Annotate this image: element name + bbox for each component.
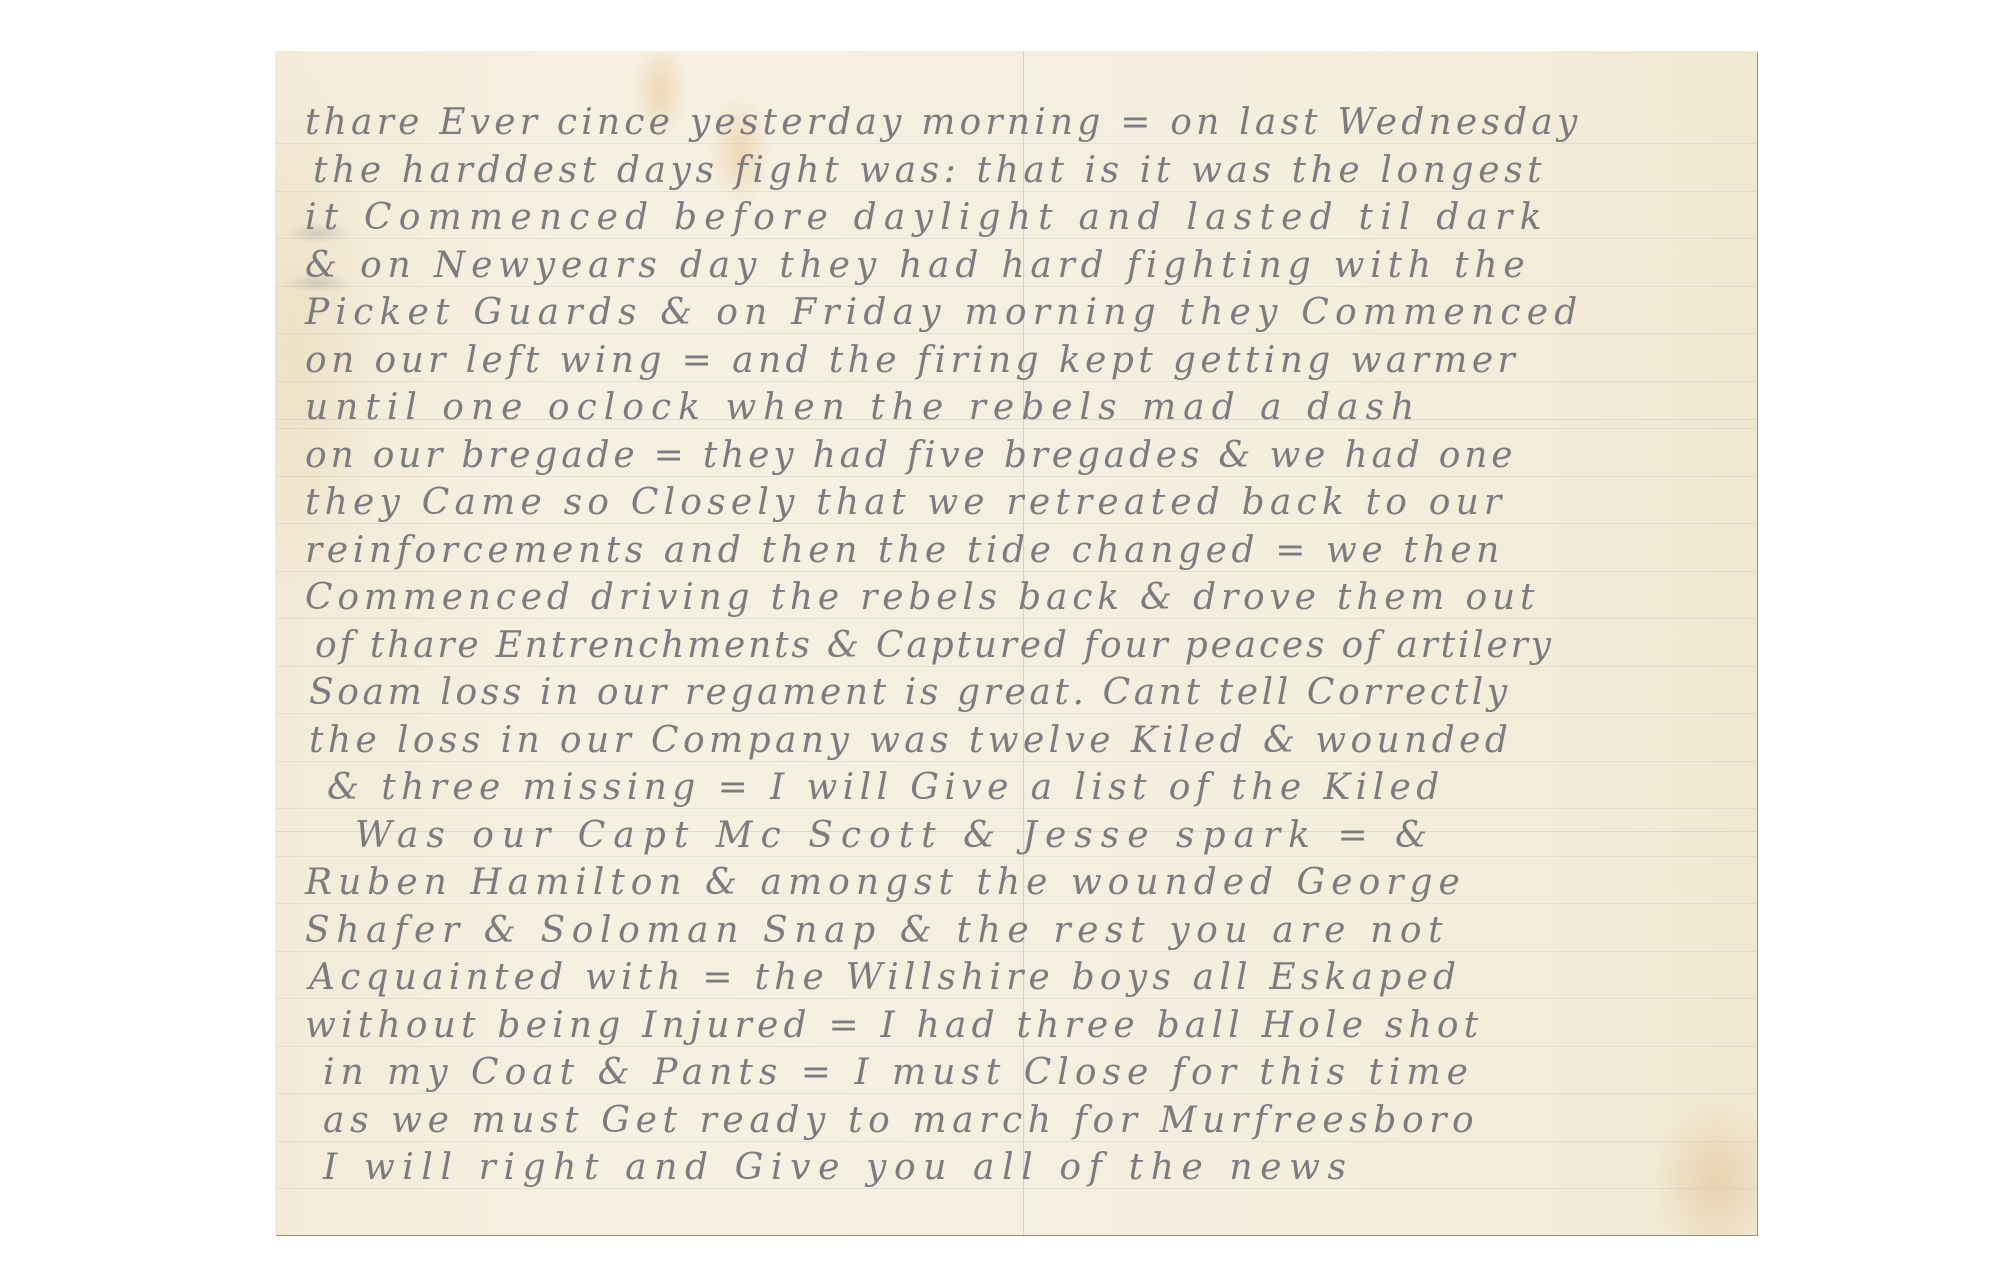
text-line: Commenced driving the rebels back & drov… — [305, 578, 1539, 618]
text-line: Acquainted with = the Willshire boys all… — [309, 958, 1461, 998]
text-line: of thare Entrenchments & Captured four p… — [315, 626, 1554, 666]
text-line: it Commenced before daylight and lasted … — [305, 198, 1549, 238]
text-line: Shafer & Soloman Snap & the rest you are… — [305, 911, 1449, 951]
text-line: on our bregade = they had five bregades … — [305, 436, 1516, 476]
text-line: the loss in our Company was twelve Kiled… — [309, 721, 1512, 761]
text-line: on our left wing = and the firing kept g… — [305, 341, 1519, 381]
text-line: & on Newyears day they had hard fighting… — [305, 246, 1530, 286]
text-line: in my Coat & Pants = I must Close for th… — [323, 1053, 1474, 1093]
text-line: Ruben Hamilton & amongst the wounded Geo… — [305, 863, 1466, 903]
text-line: Picket Guards & on Friday morning they C… — [305, 293, 1584, 333]
text-line: Soam loss in our regament is great. Cant… — [309, 673, 1511, 713]
text-line: the harddest days fight was: that is it … — [313, 151, 1546, 191]
text-line: without being Injured = I had three ball… — [305, 1006, 1483, 1046]
text-line: I will right and Give you all of the new… — [323, 1148, 1354, 1188]
text-line: as we must Get ready to march for Murfre… — [323, 1101, 1479, 1141]
text-line: reinforcements and then the tide changed… — [305, 531, 1504, 571]
text-line: & three missing = I will Give a list of … — [327, 768, 1445, 808]
text-line: Was our Capt Mc Scott & Jesse spark = & — [355, 816, 1435, 856]
text-line: thare Ever cince yesterday morning = on … — [305, 103, 1582, 143]
letter-page: thare Ever cince yesterday morning = on … — [275, 51, 1757, 1235]
text-line: until one oclock when the rebels mad a d… — [305, 388, 1421, 428]
handwritten-text: thare Ever cince yesterday morning = on … — [275, 51, 1757, 1235]
text-line: they Came so Closely that we retreated b… — [305, 483, 1506, 523]
